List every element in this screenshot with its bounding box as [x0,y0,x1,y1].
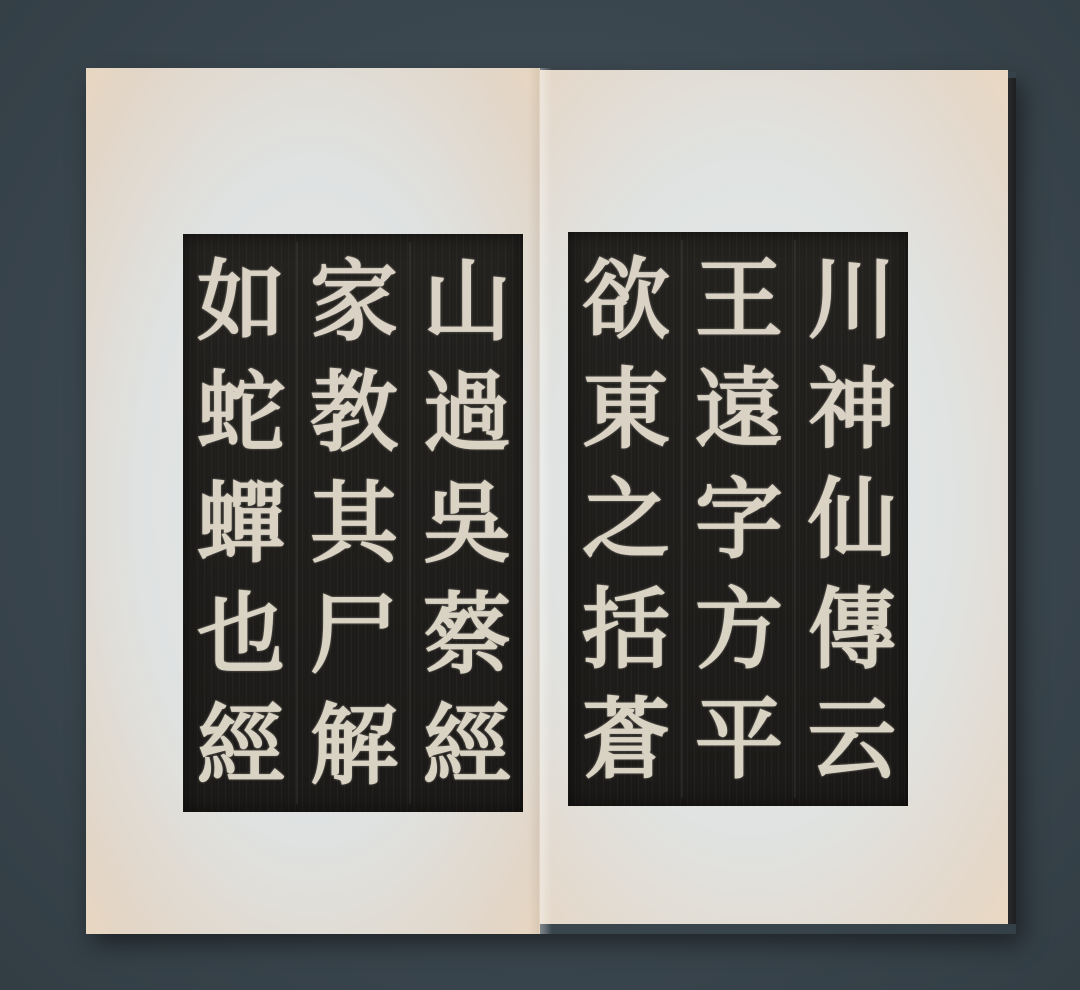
character: 如 [197,249,285,353]
character: 蛇 [197,360,285,464]
character: 欲 [582,247,670,351]
right-column-3: 欲 東 之 括 蒼 [570,232,682,806]
character: 括 [582,577,670,681]
character: 山 [423,249,511,353]
left-column-1: 山 過 吳 蔡 經 [411,234,523,812]
character: 其 [310,471,398,575]
right-rubbing-panel: 川 神 仙 傳 云 王 遠 字 方 平 欲 東 之 括 蒼 [568,232,908,806]
character: 蟬 [197,471,285,575]
character: 蒼 [582,687,670,791]
character: 方 [695,577,783,681]
left-rubbing-panel: 山 過 吳 蔡 經 家 教 其 尸 解 如 蛇 蟬 也 經 [183,234,523,812]
character: 字 [695,467,783,571]
character: 解 [310,693,398,797]
character: 尸 [310,582,398,686]
character: 傳 [808,577,896,681]
character: 神 [808,357,896,461]
character: 吳 [423,471,511,575]
left-column-2: 家 教 其 尸 解 [298,234,410,812]
right-column-1: 川 神 仙 傳 云 [796,232,908,806]
book-cover-edge [1008,78,1016,924]
character: 過 [423,360,511,464]
character: 仙 [808,467,896,571]
character: 之 [582,467,670,571]
character: 經 [423,693,511,797]
character: 川 [808,247,896,351]
character: 經 [197,693,285,797]
character: 教 [310,360,398,464]
character: 王 [695,247,783,351]
book-spine [528,68,552,934]
left-column-3: 如 蛇 蟬 也 經 [185,234,297,812]
character: 云 [808,687,896,791]
character: 家 [310,249,398,353]
character: 蔡 [423,582,511,686]
character: 東 [582,357,670,461]
right-column-2: 王 遠 字 方 平 [683,232,795,806]
character: 平 [695,687,783,791]
character: 遠 [695,357,783,461]
character: 也 [197,582,285,686]
